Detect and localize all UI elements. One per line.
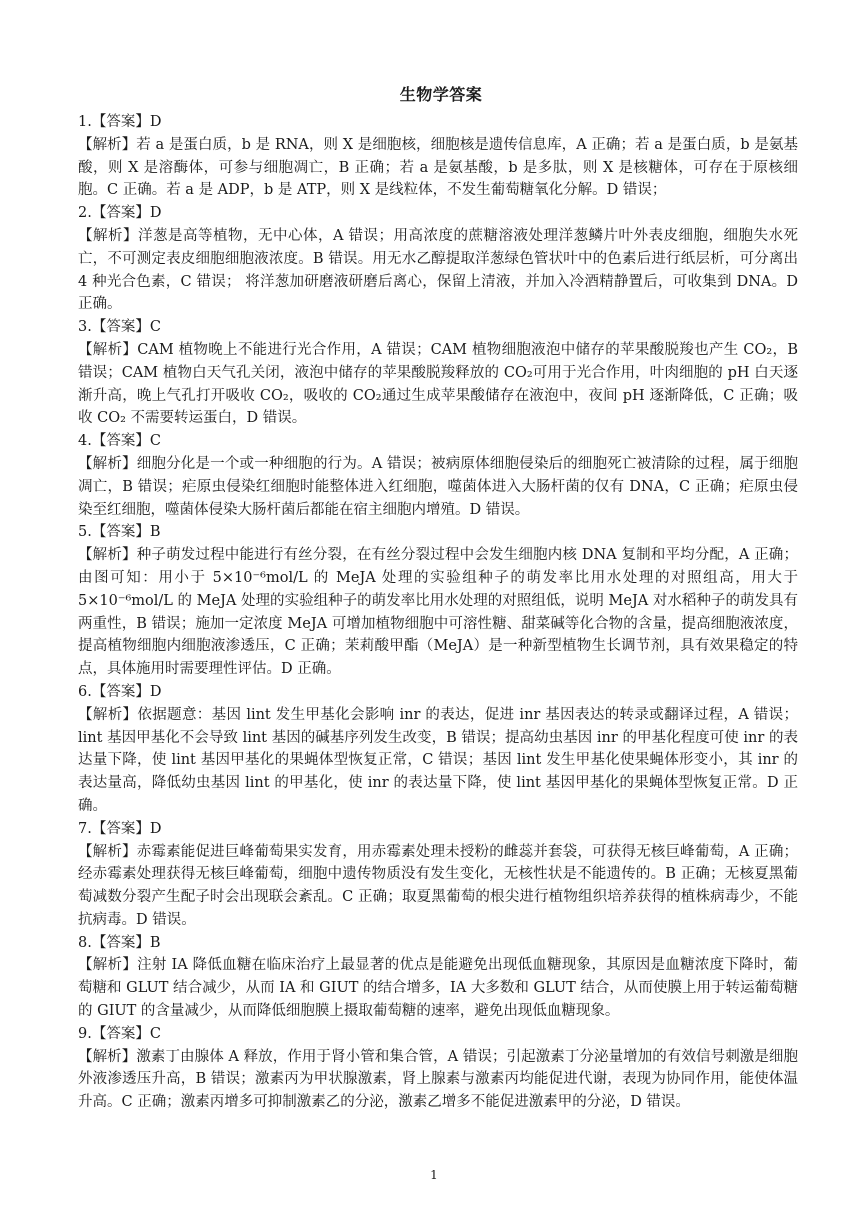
analysis-text: 注射 IA 降低血糖在临床治疗上最显著的优点是能避免出现低血糖现象，其原因是血糖… bbox=[78, 957, 798, 1019]
answer-value: C bbox=[150, 319, 161, 335]
question-number: 6. bbox=[78, 684, 92, 700]
analysis-paragraph: 【解析】注射 IA 降低血糖在临床治疗上最显著的优点是能避免出现低血糖现象，其原… bbox=[78, 954, 798, 1022]
analysis-label: 【解析】 bbox=[78, 547, 137, 563]
question-9: 9.【答案】C 【解析】激素丁由腺体 A 释放，作用于肾小管和集合管，A 错误；… bbox=[78, 1023, 798, 1114]
answer-value: B bbox=[150, 935, 161, 951]
analysis-label: 【解析】 bbox=[78, 228, 138, 244]
answer-value: D bbox=[150, 684, 162, 700]
answer-line: 4.【答案】C bbox=[78, 430, 798, 453]
question-4: 4.【答案】C 【解析】细胞分化是一个或一种细胞的行为。A 错误；被病原体细胞侵… bbox=[78, 430, 798, 521]
question-number: 5. bbox=[78, 524, 92, 540]
analysis-paragraph: 【解析】赤霉素能促进巨峰葡萄果实发育，用赤霉素处理未授粉的雌蕊并套袋，可获得无核… bbox=[78, 841, 798, 932]
answer-line: 7.【答案】D bbox=[78, 818, 798, 841]
analysis-label: 【解析】 bbox=[78, 456, 137, 472]
analysis-paragraph: 【解析】若 a 是蛋白质，b 是 RNA，则 X 是细胞核，细胞核是遗传信息库，… bbox=[78, 134, 798, 202]
analysis-text: 种子萌发过程中能进行有丝分裂，在有丝分裂过程中会发生细胞内核 DNA 复制和平均… bbox=[78, 547, 798, 677]
analysis-label: 【解析】 bbox=[78, 342, 137, 358]
question-6: 6.【答案】D 【解析】依据题意：基因 lint 发生甲基化会影响 inr 的表… bbox=[78, 681, 798, 818]
answer-line: 2.【答案】D bbox=[78, 202, 798, 225]
analysis-text: 激素丁由腺体 A 释放，作用于肾小管和集合管，A 错误；引起激素丁分泌量增加的有… bbox=[78, 1049, 798, 1111]
analysis-label: 【解析】 bbox=[78, 707, 137, 723]
answer-document: 生物学答案 1.【答案】D 【解析】若 a 是蛋白质，b 是 RNA，则 X 是… bbox=[78, 82, 798, 1114]
question-number: 8. bbox=[78, 935, 92, 951]
page-title: 生物学答案 bbox=[78, 82, 798, 105]
page-number: 1 bbox=[0, 1168, 868, 1182]
analysis-text: 依据题意：基因 lint 发生甲基化会影响 inr 的表达，促进 inr 基因表… bbox=[78, 707, 798, 814]
answer-label: 【答案】 bbox=[92, 433, 150, 449]
answer-line: 3.【答案】C bbox=[78, 316, 798, 339]
answer-line: 8.【答案】B bbox=[78, 932, 798, 955]
answer-label: 【答案】 bbox=[92, 1026, 150, 1042]
answer-line: 5.【答案】B bbox=[78, 521, 798, 544]
question-3: 3.【答案】C 【解析】CAM 植物晚上不能进行光合作用，A 错误；CAM 植物… bbox=[78, 316, 798, 430]
answer-label: 【答案】 bbox=[92, 319, 150, 335]
answer-label: 【答案】 bbox=[92, 524, 150, 540]
analysis-text: 洋葱是高等植物，无中心体，A 错误；用高浓度的蔗糖溶液处理洋葱鳞片叶外表皮细胞，… bbox=[78, 228, 798, 312]
question-1: 1.【答案】D 【解析】若 a 是蛋白质，b 是 RNA，则 X 是细胞核，细胞… bbox=[78, 111, 798, 202]
analysis-text: 赤霉素能促进巨峰葡萄果实发育，用赤霉素处理未授粉的雌蕊并套袋，可获得无核巨峰葡萄… bbox=[78, 844, 798, 928]
analysis-paragraph: 【解析】激素丁由腺体 A 释放，作用于肾小管和集合管，A 错误；引起激素丁分泌量… bbox=[78, 1046, 798, 1114]
answer-value: D bbox=[150, 821, 162, 837]
question-number: 7. bbox=[78, 821, 92, 837]
answer-value: D bbox=[150, 205, 162, 221]
analysis-paragraph: 【解析】种子萌发过程中能进行有丝分裂，在有丝分裂过程中会发生细胞内核 DNA 复… bbox=[78, 544, 798, 681]
answer-label: 【答案】 bbox=[92, 935, 150, 951]
answer-line: 6.【答案】D bbox=[78, 681, 798, 704]
answer-value: C bbox=[150, 433, 161, 449]
analysis-label: 【解析】 bbox=[78, 1049, 136, 1065]
question-number: 9. bbox=[78, 1026, 92, 1042]
analysis-text: CAM 植物晚上不能进行光合作用，A 错误；CAM 植物细胞液泡中储存的苹果酸脱… bbox=[78, 342, 798, 426]
analysis-paragraph: 【解析】洋葱是高等植物，无中心体，A 错误；用高浓度的蔗糖溶液处理洋葱鳞片叶外表… bbox=[78, 225, 798, 316]
answer-value: D bbox=[150, 114, 162, 130]
answer-line: 9.【答案】C bbox=[78, 1023, 798, 1046]
question-2: 2.【答案】D 【解析】洋葱是高等植物，无中心体，A 错误；用高浓度的蔗糖溶液处… bbox=[78, 202, 798, 316]
analysis-paragraph: 【解析】细胞分化是一个或一种细胞的行为。A 错误；被病原体细胞侵染后的细胞死亡被… bbox=[78, 453, 798, 521]
analysis-label: 【解析】 bbox=[78, 137, 136, 153]
analysis-label: 【解析】 bbox=[78, 957, 137, 973]
question-7: 7.【答案】D 【解析】赤霉素能促进巨峰葡萄果实发育，用赤霉素处理未授粉的雌蕊并… bbox=[78, 818, 798, 932]
question-8: 8.【答案】B 【解析】注射 IA 降低血糖在临床治疗上最显著的优点是能避免出现… bbox=[78, 932, 798, 1023]
question-number: 3. bbox=[78, 319, 92, 335]
question-number: 4. bbox=[78, 433, 92, 449]
answer-label: 【答案】 bbox=[92, 114, 150, 130]
question-number: 2. bbox=[78, 205, 92, 221]
answer-value: B bbox=[150, 524, 161, 540]
answer-label: 【答案】 bbox=[92, 684, 150, 700]
answer-line: 1.【答案】D bbox=[78, 111, 798, 134]
answer-label: 【答案】 bbox=[92, 821, 150, 837]
analysis-paragraph: 【解析】依据题意：基因 lint 发生甲基化会影响 inr 的表达，促进 inr… bbox=[78, 704, 798, 818]
analysis-text: 若 a 是蛋白质，b 是 RNA，则 X 是细胞核，细胞核是遗传信息库，A 正确… bbox=[78, 137, 798, 199]
question-5: 5.【答案】B 【解析】种子萌发过程中能进行有丝分裂，在有丝分裂过程中会发生细胞… bbox=[78, 521, 798, 681]
analysis-text: 细胞分化是一个或一种细胞的行为。A 错误；被病原体细胞侵染后的细胞死亡被清除的过… bbox=[78, 456, 798, 518]
analysis-paragraph: 【解析】CAM 植物晚上不能进行光合作用，A 错误；CAM 植物细胞液泡中储存的… bbox=[78, 339, 798, 430]
question-number: 1. bbox=[78, 114, 92, 130]
analysis-label: 【解析】 bbox=[78, 844, 137, 860]
answer-value: C bbox=[150, 1026, 161, 1042]
answer-label: 【答案】 bbox=[92, 205, 150, 221]
